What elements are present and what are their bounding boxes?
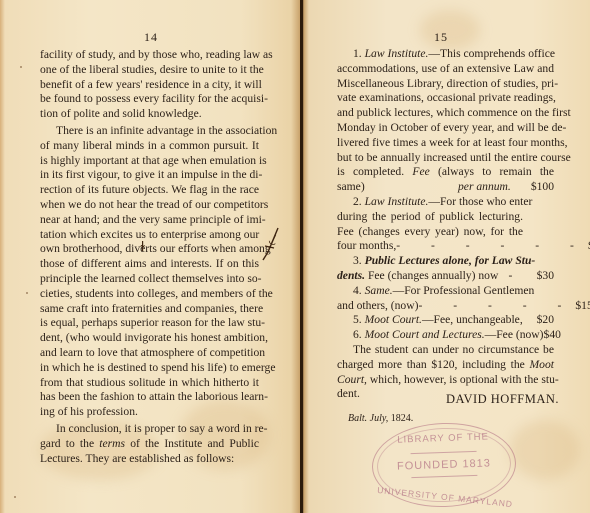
paper-stain xyxy=(510,420,580,480)
item-number: 6. xyxy=(353,328,362,341)
book-spine xyxy=(300,0,303,513)
text-line: dent, (who would invigorate his honest a… xyxy=(40,331,259,346)
fee-amount: $100 xyxy=(531,180,554,195)
text-line: accommodations, use of an extensive Law … xyxy=(337,62,554,77)
item-title: dents. xyxy=(337,269,365,282)
text-line: and publick lectures, which commence on … xyxy=(337,106,554,121)
text-line: vate examinations, occasional private re… xyxy=(337,91,554,106)
page-number: 14 xyxy=(144,30,158,45)
text-line: In conclusion, it is proper to say a wor… xyxy=(40,422,259,437)
item-text: —For those who enter xyxy=(428,195,532,208)
text-line: is equal, perhaps superior reason for th… xyxy=(40,316,259,331)
text-line: There is an infinite advantage in the as… xyxy=(40,124,259,139)
item-text: is completed. xyxy=(337,165,404,178)
text-line: near at hand; and the very same principl… xyxy=(40,213,259,228)
text-line: Miscellaneous Library, direction of stud… xyxy=(337,77,554,92)
text-line: 2. Law Institute.—For those who enter xyxy=(337,195,523,210)
fee-amount: $15 xyxy=(575,299,590,314)
fee-row-6: 6. Moot Court and Lectures.—Fee (now) $4… xyxy=(337,328,554,343)
item-text: —This comprehends office xyxy=(428,47,555,60)
text-line: Lectures. They are established as follow… xyxy=(40,452,259,467)
fee-label: Fee xyxy=(412,165,429,178)
text-line: rection of its future objects. We flag i… xyxy=(40,183,259,198)
text-line: Court, which, however, is optional with … xyxy=(337,373,554,388)
paper-speck xyxy=(20,66,22,68)
fee-amount: $30 xyxy=(537,269,554,284)
ink-blot-mark: ɫ xyxy=(140,240,145,255)
book-spread: 14 facility of study, and by those who, … xyxy=(0,0,590,513)
item-text: Fee (changes annually) now xyxy=(368,269,498,282)
text-line: livered five times a week for at least f… xyxy=(337,136,554,151)
text-line: 3. Public Lectures alone, for Law Stu- xyxy=(337,254,554,269)
fee-note: (always to remain the xyxy=(438,165,554,178)
fee-row-2: four months, - - - - - - $50 xyxy=(337,239,554,254)
text-line: charged more than $120, including the Mo… xyxy=(337,358,554,373)
text-line: from that studious solitude in which hit… xyxy=(40,376,259,391)
left-page-body: facility of study, and by those who, rea… xyxy=(40,48,259,466)
closing-text: charged more than $120, including the xyxy=(337,358,525,371)
item-title: Law Institute. xyxy=(365,47,429,60)
closing-text: which, however, is optional with the stu… xyxy=(367,373,559,386)
item-number: 5. xyxy=(353,313,362,326)
italic-word: Court, xyxy=(337,373,367,386)
text-line: 4. Same.—For Professional Gentlemen xyxy=(337,284,554,299)
text-line: own brotherhood, diverts our efforts whe… xyxy=(40,242,259,257)
fee-row-5: 5. Moot Court.—Fee, unchangeable, $20 xyxy=(337,313,554,328)
item-text: and others, (now) xyxy=(337,299,418,314)
fee-amount: $20 xyxy=(537,313,554,328)
item-title: Public Lectures alone, for Law Stu- xyxy=(365,254,536,267)
leader-dots: - xyxy=(498,269,536,284)
text-line: benefit of a few years' residence in a c… xyxy=(40,78,259,93)
leader-dots: - - - - - xyxy=(418,299,575,314)
text-line: when we do not hear the tread of our com… xyxy=(40,198,259,213)
stamp-rule xyxy=(411,451,477,454)
dateline-place: Balt. July, xyxy=(348,413,388,424)
item-title: Law Institute. xyxy=(365,195,429,208)
fee-row-1: same) per annum. $100 xyxy=(337,180,554,195)
dateline: Balt. July, 1824. xyxy=(348,413,413,424)
paper-speck xyxy=(26,292,28,294)
text-line: facility of study, and by those who, rea… xyxy=(40,48,259,63)
handwritten-check-icon xyxy=(260,226,282,266)
fee-period: per annum. xyxy=(458,180,511,193)
text-line: principle the learned collect themselves… xyxy=(40,272,259,287)
text-line: same craft into fraternities and compani… xyxy=(40,302,259,317)
item-number: 4. xyxy=(353,284,362,297)
dateline-year: 1824. xyxy=(388,413,413,424)
text-line: Fee (changes every year) now, for the xyxy=(337,225,523,240)
text-line: tation which excites us to enterprise am… xyxy=(40,228,259,243)
fee-note: same) xyxy=(337,180,365,195)
text-line: is highly important at that age when emu… xyxy=(40,154,259,169)
text-line: during the period of publick lecturing. xyxy=(337,210,523,225)
fee-amount: $40 xyxy=(544,328,561,343)
stamp-rule xyxy=(411,475,477,478)
fee-item-1: 1. Law Institute.—This comprehends offic… xyxy=(337,47,554,62)
text-line: one of the liberal studies, desire to un… xyxy=(40,63,259,78)
text-line: gard to the terms of the Institute and P… xyxy=(40,437,259,452)
item-title: Same. xyxy=(365,284,393,297)
fee-row-3: dents. Fee (changes annually) now - $30 xyxy=(337,269,554,284)
text-line: is completed. Fee (always to remain the xyxy=(337,165,554,180)
text-line: those of different aims and interests. I… xyxy=(40,257,259,272)
item-title: Moot Court. xyxy=(365,313,422,326)
text-line: in its first vigour, to give it an impul… xyxy=(40,168,259,183)
item-title: Moot Court and Lectures. xyxy=(365,328,485,341)
item-number: 3. xyxy=(353,254,362,267)
item-text: four months, xyxy=(337,239,396,254)
text-line: of many liberal minds in a common pursui… xyxy=(40,139,259,154)
paper-speck xyxy=(14,496,16,498)
text-line: but to be annually increased until the e… xyxy=(337,151,554,166)
text-line: be found to possess every facility for t… xyxy=(40,92,259,107)
item-text: —Fee (now) xyxy=(485,328,544,341)
text-line: tion of polite and solid knowledge. xyxy=(40,107,259,122)
page-number: 15 xyxy=(434,30,448,45)
item-text: —For Professional Gentlemen xyxy=(393,284,535,297)
italic-word: Moot xyxy=(530,358,554,371)
text-line: in which he is destined to spend his lif… xyxy=(40,361,259,376)
text-line: ing of his profession. xyxy=(40,405,259,420)
left-page: 14 facility of study, and by those who, … xyxy=(0,0,300,513)
item-text: —Fee, unchangeable, xyxy=(422,313,523,326)
text-line: has been the fashion to attain the labor… xyxy=(40,390,259,405)
text-line: cieties, students into colleges, and mem… xyxy=(40,287,259,302)
fee-row-4: and others, (now) - - - - - $15 xyxy=(337,299,554,314)
text-line: The student can under no circumstance be xyxy=(337,343,554,358)
leader-dots: - - - - - - xyxy=(396,239,588,254)
paper-stain xyxy=(420,10,480,50)
author-signature: DAVID HOFFMAN. xyxy=(446,392,559,407)
text-line: Monday in October of every year, and wil… xyxy=(337,121,554,136)
item-number: 1. xyxy=(353,47,362,60)
stamp-middle-text: FOUNDED 1813 xyxy=(373,457,515,474)
right-page-body: 1. Law Institute.—This comprehends offic… xyxy=(337,47,554,402)
fee-item-2: 2. Law Institute.—For those who enter du… xyxy=(337,195,523,239)
text-line: and learn to love that atmosphere of com… xyxy=(40,346,259,361)
italic-word: terms xyxy=(99,437,125,450)
item-number: 2. xyxy=(353,195,362,208)
